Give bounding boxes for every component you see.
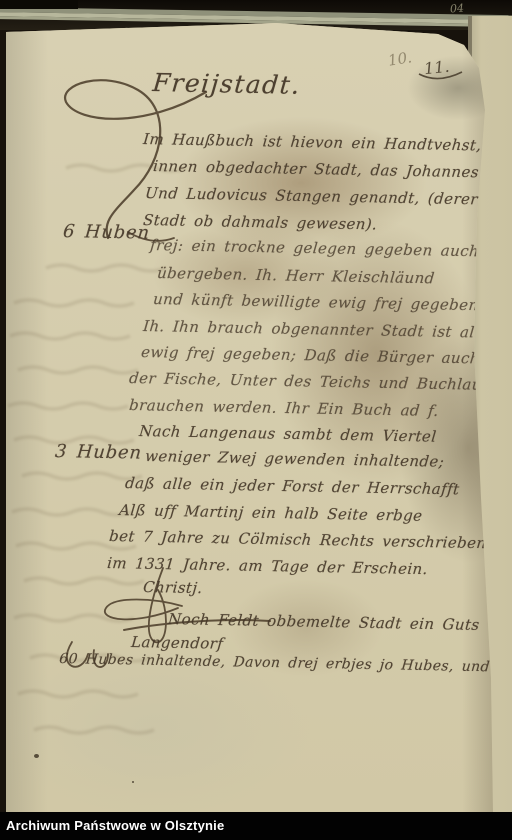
- manuscript-line: Und Ludovicus Stangen genandt, (derer: [144, 184, 478, 208]
- manuscript-line: Alß uff Martinj ein halb Seite erbge: [118, 501, 423, 525]
- manuscript-line: bet 7 Jahre zu Cölmisch Rechts verschrie…: [108, 527, 487, 552]
- ink-speck: [132, 781, 134, 783]
- margin-note-3-huben: 3 Huben: [54, 441, 143, 464]
- manuscript-line: im 1331 Jahre. am Tage der Erschein.: [106, 554, 428, 578]
- archival-scan: 04: [0, 0, 512, 840]
- manuscript-line: Nach Langenaus sambt dem Viertel: [138, 422, 437, 446]
- manuscript-line: 60 Hubes inhaltende, Davon drej erbjes j…: [59, 651, 491, 675]
- manuscript-line: Christj.: [142, 578, 203, 597]
- manuscript-line: frej: ein trockne gelegen gegeben auch: [149, 236, 480, 260]
- manuscript-line: daß alle ein jeder Forst der Herrschafft: [124, 474, 460, 498]
- manuscript-line: ewig frej gegeben; Daß die Bürger auch: [140, 343, 480, 367]
- manuscript-line: weniger Zwej gewenden inhaltende;: [144, 447, 445, 471]
- folio-number-current: 11.: [423, 57, 450, 79]
- manuscript-page: 10. 11. Freijstadt. 6 Huben 3 Huben Im H…: [6, 18, 496, 812]
- archive-caption: Archiwum Państwowe w Olsztynie: [6, 818, 224, 833]
- manuscript-line: Ih. Ihn brauch obgenannter Stadt ist als…: [142, 317, 493, 342]
- manuscript-line: brauchen werden. Ihr Ein Buch ad f.: [128, 396, 439, 420]
- archive-caption-bar: Archiwum Państwowe w Olsztynie: [0, 812, 512, 840]
- manuscript-line: der Fische, Unter des Teichs und Buchlau…: [128, 369, 492, 394]
- margin-note-6-huben: 6 Huben: [62, 221, 151, 244]
- manuscript-line-struck: Langendorf: [130, 633, 224, 653]
- manuscript-line: und künft bewilligte ewig frej gegeben,: [152, 290, 484, 314]
- manuscript-line: innen obgedachter Stadt, das Johannes: [152, 157, 479, 181]
- ink-speck: [34, 754, 39, 758]
- binding-shadow: [0, 0, 78, 9]
- manuscript-line: Noch Feldt obbemelte Stadt ein Guts: [167, 610, 480, 634]
- edge-pencil-mark: 04: [450, 2, 465, 16]
- page-title: Freijstadt.: [151, 68, 302, 100]
- manuscript-line: Im Haußbuch ist hievon ein Handtvehst, d…: [142, 130, 512, 155]
- manuscript-line: Stadt ob dahmals gewesen).: [142, 211, 378, 233]
- manuscript-line: übergeben. Ih. Herr Kleischläund: [156, 264, 435, 287]
- folio-number-old: 10.: [387, 48, 413, 70]
